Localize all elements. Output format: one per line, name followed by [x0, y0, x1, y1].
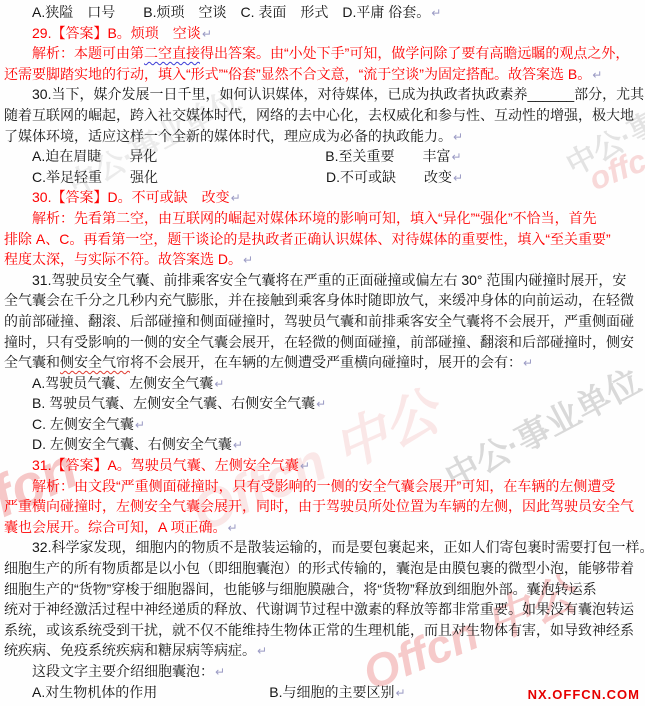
text-segment: 严重横向碰撞时，左侧安全气囊会展开，同时，由于驾驶员所处位置为车辆的左侧，因此驾…	[4, 498, 634, 514]
text-segment: 细胞生产的“货物”穿梭于细胞器间，也能够与细胞膜融合，将“货物”释放到细胞外部。…	[4, 581, 597, 597]
text-line: 解析：本题可由第二空直接得出答案。由“小处下手”可知，做学问除了要有高瞻远瞩的观…	[4, 43, 645, 64]
text-line: 的前部碰撞、翻滚、后部碰撞和侧面碰撞时，驾驶员气囊和前排乘客安全气囊将不会展开，…	[4, 311, 645, 332]
text-line: 系统，或该系统受到干扰，就不仅不能维持生物体正常的生理机能，而且对生物体有害，如…	[4, 620, 645, 641]
text-segment: 的前部碰撞、翻滚、后部碰撞和侧面碰撞时，驾驶员气囊和前排乘客安全气囊将不会展开，…	[4, 313, 634, 329]
text-line: 29.【答案】B。烦琐 空谈↵	[4, 23, 645, 44]
text-segment: 这段文字主要介绍细胞囊泡：	[32, 663, 214, 679]
text-line: 31.【答案】A。驾驶员气囊、左侧安全气囊↵	[4, 455, 645, 476]
text-line: 了媒体环境，适应这样一个全新的媒体时代，理应成为必备的执政能力。↵	[4, 126, 645, 147]
text-segment: 31.驾驶员安全气囊、前排乘客安全气囊将在严重的正面碰撞或偏左右 30° 范围内…	[32, 272, 626, 288]
text-segment: 解析：先看第二空，由互联网的崛起对媒体环境的影响可知，填入“异化”“强化”不恰当…	[32, 210, 597, 226]
paragraph-mark: ↵	[242, 253, 253, 267]
text-segment: 撞时，只有受影响的一侧的安全气囊会展开，在轻微的侧面碰撞，前部碰撞、翻滚和后部碰…	[4, 334, 634, 350]
text-line: 撞时，只有受影响的一侧的安全气囊会展开，在轻微的侧面碰撞，前部碰撞、翻滚和后部碰…	[4, 332, 645, 353]
text-line: 32.科学家发现，细胞内的物质不是散装运输的，而是要包裹起来，正如人们寄包裹时需…	[4, 537, 645, 558]
text-line: 这段文字主要介绍细胞囊泡：↵	[4, 661, 645, 682]
text-segment: 还需要脚踏实地的行动，填入“形式”“俗套”显然不合文意，“流于空谈”为固定搭配。…	[4, 66, 591, 82]
text-segment: 得出答案。由“小处下手”可知，做学问除了要有高瞻远瞩的观点之外，	[200, 45, 629, 61]
text-line: A.狭隘 口号 B.烦琐 空谈 C. 表面 形式 D.平庸 俗套。↵	[4, 2, 645, 23]
text-segment: A.迫在眉睫 异化 B.至关重要 丰富	[32, 148, 450, 164]
text-line: 还需要脚踏实地的行动，填入“形式”“俗套”显然不合文意，“流于空谈”为固定搭配。…	[4, 64, 645, 85]
text-segment: 了媒体环境，适应这样一个全新的媒体时代，理应成为必备的执政能力。	[4, 128, 452, 144]
paragraph-mark: ↵	[226, 521, 237, 535]
paragraph-mark: ↵	[201, 27, 212, 41]
spellcheck-marked-text: 侧安全气帘	[60, 354, 130, 370]
text-segment: A.对生物机体的作用 B.与细胞的主要区别	[32, 684, 394, 700]
paragraph-mark: ↵	[522, 356, 533, 370]
text-segment: 囊也会展开。综合可知，A 项正确。	[4, 519, 226, 535]
paragraph-mark: ↵	[134, 418, 145, 432]
paragraph-mark: ↵	[299, 459, 310, 473]
text-segment: B. 驾驶员气囊、左侧安全气囊、右侧安全气囊	[32, 395, 315, 411]
paragraph-mark: ↵	[430, 6, 441, 20]
text-line: B. 驾驶员气囊、左侧安全气囊、右侧安全气囊↵	[4, 393, 645, 414]
text-segment: 程度太深，与实际不符。故答案选 D。	[4, 251, 242, 267]
text-line: D. 左侧安全气囊、右侧安全气囊↵	[4, 434, 645, 455]
text-segment: A.驾驶员气囊、左侧安全气囊	[32, 375, 213, 391]
text-segment: 将不会展开，在车辆的左侧遭受严重横向碰撞时，展开的会有：	[130, 354, 522, 370]
text-segment: 全气囊会在千分之几秒内充气膨胀，并在接触到乘客身体时随即放气，来缓冲身体的向前运…	[4, 292, 634, 308]
text-line: 严重横向碰撞时，左侧安全气囊会展开，同时，由于驾驶员所处位置为车辆的左侧，因此驾…	[4, 496, 645, 517]
text-line: 随着互联网的崛起，跨入社交媒体时代，网络的去中心化，去权威化和参与性、互动性的增…	[4, 105, 645, 126]
text-segment: 解析：由文段“严重侧面碰撞时，只有受影响的一侧的安全气囊会展开”可知，在车辆的左…	[32, 478, 615, 494]
text-segment: 解析：本题可由第	[32, 45, 144, 61]
text-line: A.驾驶员气囊、左侧安全气囊↵	[4, 373, 645, 394]
paragraph-mark: ↵	[591, 68, 602, 82]
text-line: 统对于神经激活过程中神经递质的释放、代谢调节过程中激素的释放等都非常重要。如果没…	[4, 599, 645, 620]
text-segment: 30.当下，媒介发展一日千里，如何认识媒体，对待媒体，已成为执政者执政素养___…	[32, 86, 644, 102]
text-segment: 统疾病、免疫系统疾病和糖尿病等病症。	[4, 642, 256, 658]
text-line: 排除 A、C。再看第一空，题干谈论的是执政者正确认识媒体、对待媒体的重要性，填入…	[4, 229, 645, 250]
text-segment: 30.【答案】D。不可或缺 改变	[32, 189, 230, 205]
text-segment: D. 左侧安全气囊、右侧安全气囊	[32, 436, 232, 452]
text-segment: 细胞生产的所有物质都是以小包（即细胞囊泡）的形式传输的，囊泡是由膜包裹的微型小泡…	[4, 560, 634, 576]
paragraph-mark: ↵	[315, 397, 326, 411]
text-segment: 系统，或该系统受到干扰，就不仅不能维持生物体正常的生理机能，而且对生物体有害，如…	[4, 622, 634, 638]
paragraph-mark: ↵	[450, 150, 461, 164]
text-line: 解析：先看第二空，由互联网的崛起对媒体环境的影响可知，填入“异化”“强化”不恰当…	[4, 208, 645, 229]
text-line: 细胞生产的所有物质都是以小包（即细胞囊泡）的形式传输的，囊泡是由膜包裹的微型小泡…	[4, 558, 645, 579]
text-line: 统疾病、免疫系统疾病和糖尿病等病症。↵	[4, 640, 645, 661]
text-line: 30.当下，媒介发展一日千里，如何认识媒体，对待媒体，已成为执政者执政素养___…	[4, 84, 645, 105]
paragraph-mark: ↵	[256, 644, 267, 658]
paragraph-mark: ↵	[213, 377, 224, 391]
text-line: 30.【答案】D。不可或缺 改变↵	[4, 187, 645, 208]
text-segment: 31.【答案】A。驾驶员气囊、左侧安全气囊	[32, 457, 299, 473]
paragraph-mark: ↵	[452, 171, 463, 185]
text-segment: C. 左侧安全气囊	[32, 416, 134, 432]
text-segment: 排除 A、C。再看第一空，题干谈论的是执政者正确认识媒体、对待媒体的重要性，填入…	[4, 231, 611, 247]
text-line: 31.驾驶员安全气囊、前排乘客安全气囊将在严重的正面碰撞或偏左右 30° 范围内…	[4, 270, 645, 291]
document-body: A.狭隘 口号 B.烦琐 空谈 C. 表面 形式 D.平庸 俗套。↵29.【答案…	[0, 0, 645, 702]
text-line: 全气囊和侧安全气帘将不会展开，在车辆的左侧遭受严重横向碰撞时，展开的会有：↵	[4, 352, 645, 373]
text-line: 解析：由文段“严重侧面碰撞时，只有受影响的一侧的安全气囊会展开”可知，在车辆的左…	[4, 476, 645, 497]
text-line: C. 左侧安全气囊↵	[4, 414, 645, 435]
text-segment: 统对于神经激活过程中神经递质的释放、代谢调节过程中激素的释放等都非常重要。如果没…	[4, 601, 634, 617]
text-segment: 29.【答案】B。烦琐 空谈	[32, 25, 201, 41]
paragraph-mark: ↵	[394, 686, 405, 700]
text-segment: 全气囊和	[4, 354, 60, 370]
paragraph-mark: ↵	[232, 438, 243, 452]
text-segment: 随着互联网的崛起，跨入社交媒体时代，网络的去中心化，去权威化和参与性、互动性的增…	[4, 107, 634, 123]
paragraph-mark: ↵	[214, 665, 225, 679]
text-line: 程度太深，与实际不符。故答案选 D。↵	[4, 249, 645, 270]
paragraph-mark: ↵	[452, 130, 463, 144]
spellcheck-marked-text: 二空直接	[144, 45, 200, 61]
document-page: 中公·事业单位 中公·事业单位 中公·事业单位 Offcn 中公 Offcn O…	[0, 0, 645, 706]
text-segment: C.举足轻重 强化 D.不可或缺 改变	[32, 169, 452, 185]
paragraph-mark: ↵	[230, 191, 241, 205]
site-url-label: NX.OFFCN.COM	[528, 687, 640, 702]
text-line: 细胞生产的“货物”穿梭于细胞器间，也能够与细胞膜融合，将“货物”释放到细胞外部。…	[4, 579, 645, 600]
text-line: 囊也会展开。综合可知，A 项正确。↵	[4, 517, 645, 538]
text-line: 全气囊会在千分之几秒内充气膨胀，并在接触到乘客身体时随即放气，来缓冲身体的向前运…	[4, 290, 645, 311]
text-segment: 32.科学家发现，细胞内的物质不是散装运输的，而是要包裹起来，正如人们寄包裹时需…	[32, 539, 645, 555]
text-line: C.举足轻重 强化 D.不可或缺 改变↵	[4, 167, 645, 188]
text-line: A.迫在眉睫 异化 B.至关重要 丰富↵	[4, 146, 645, 167]
text-segment: A.狭隘 口号 B.烦琐 空谈 C. 表面 形式 D.平庸 俗套。	[32, 4, 430, 20]
